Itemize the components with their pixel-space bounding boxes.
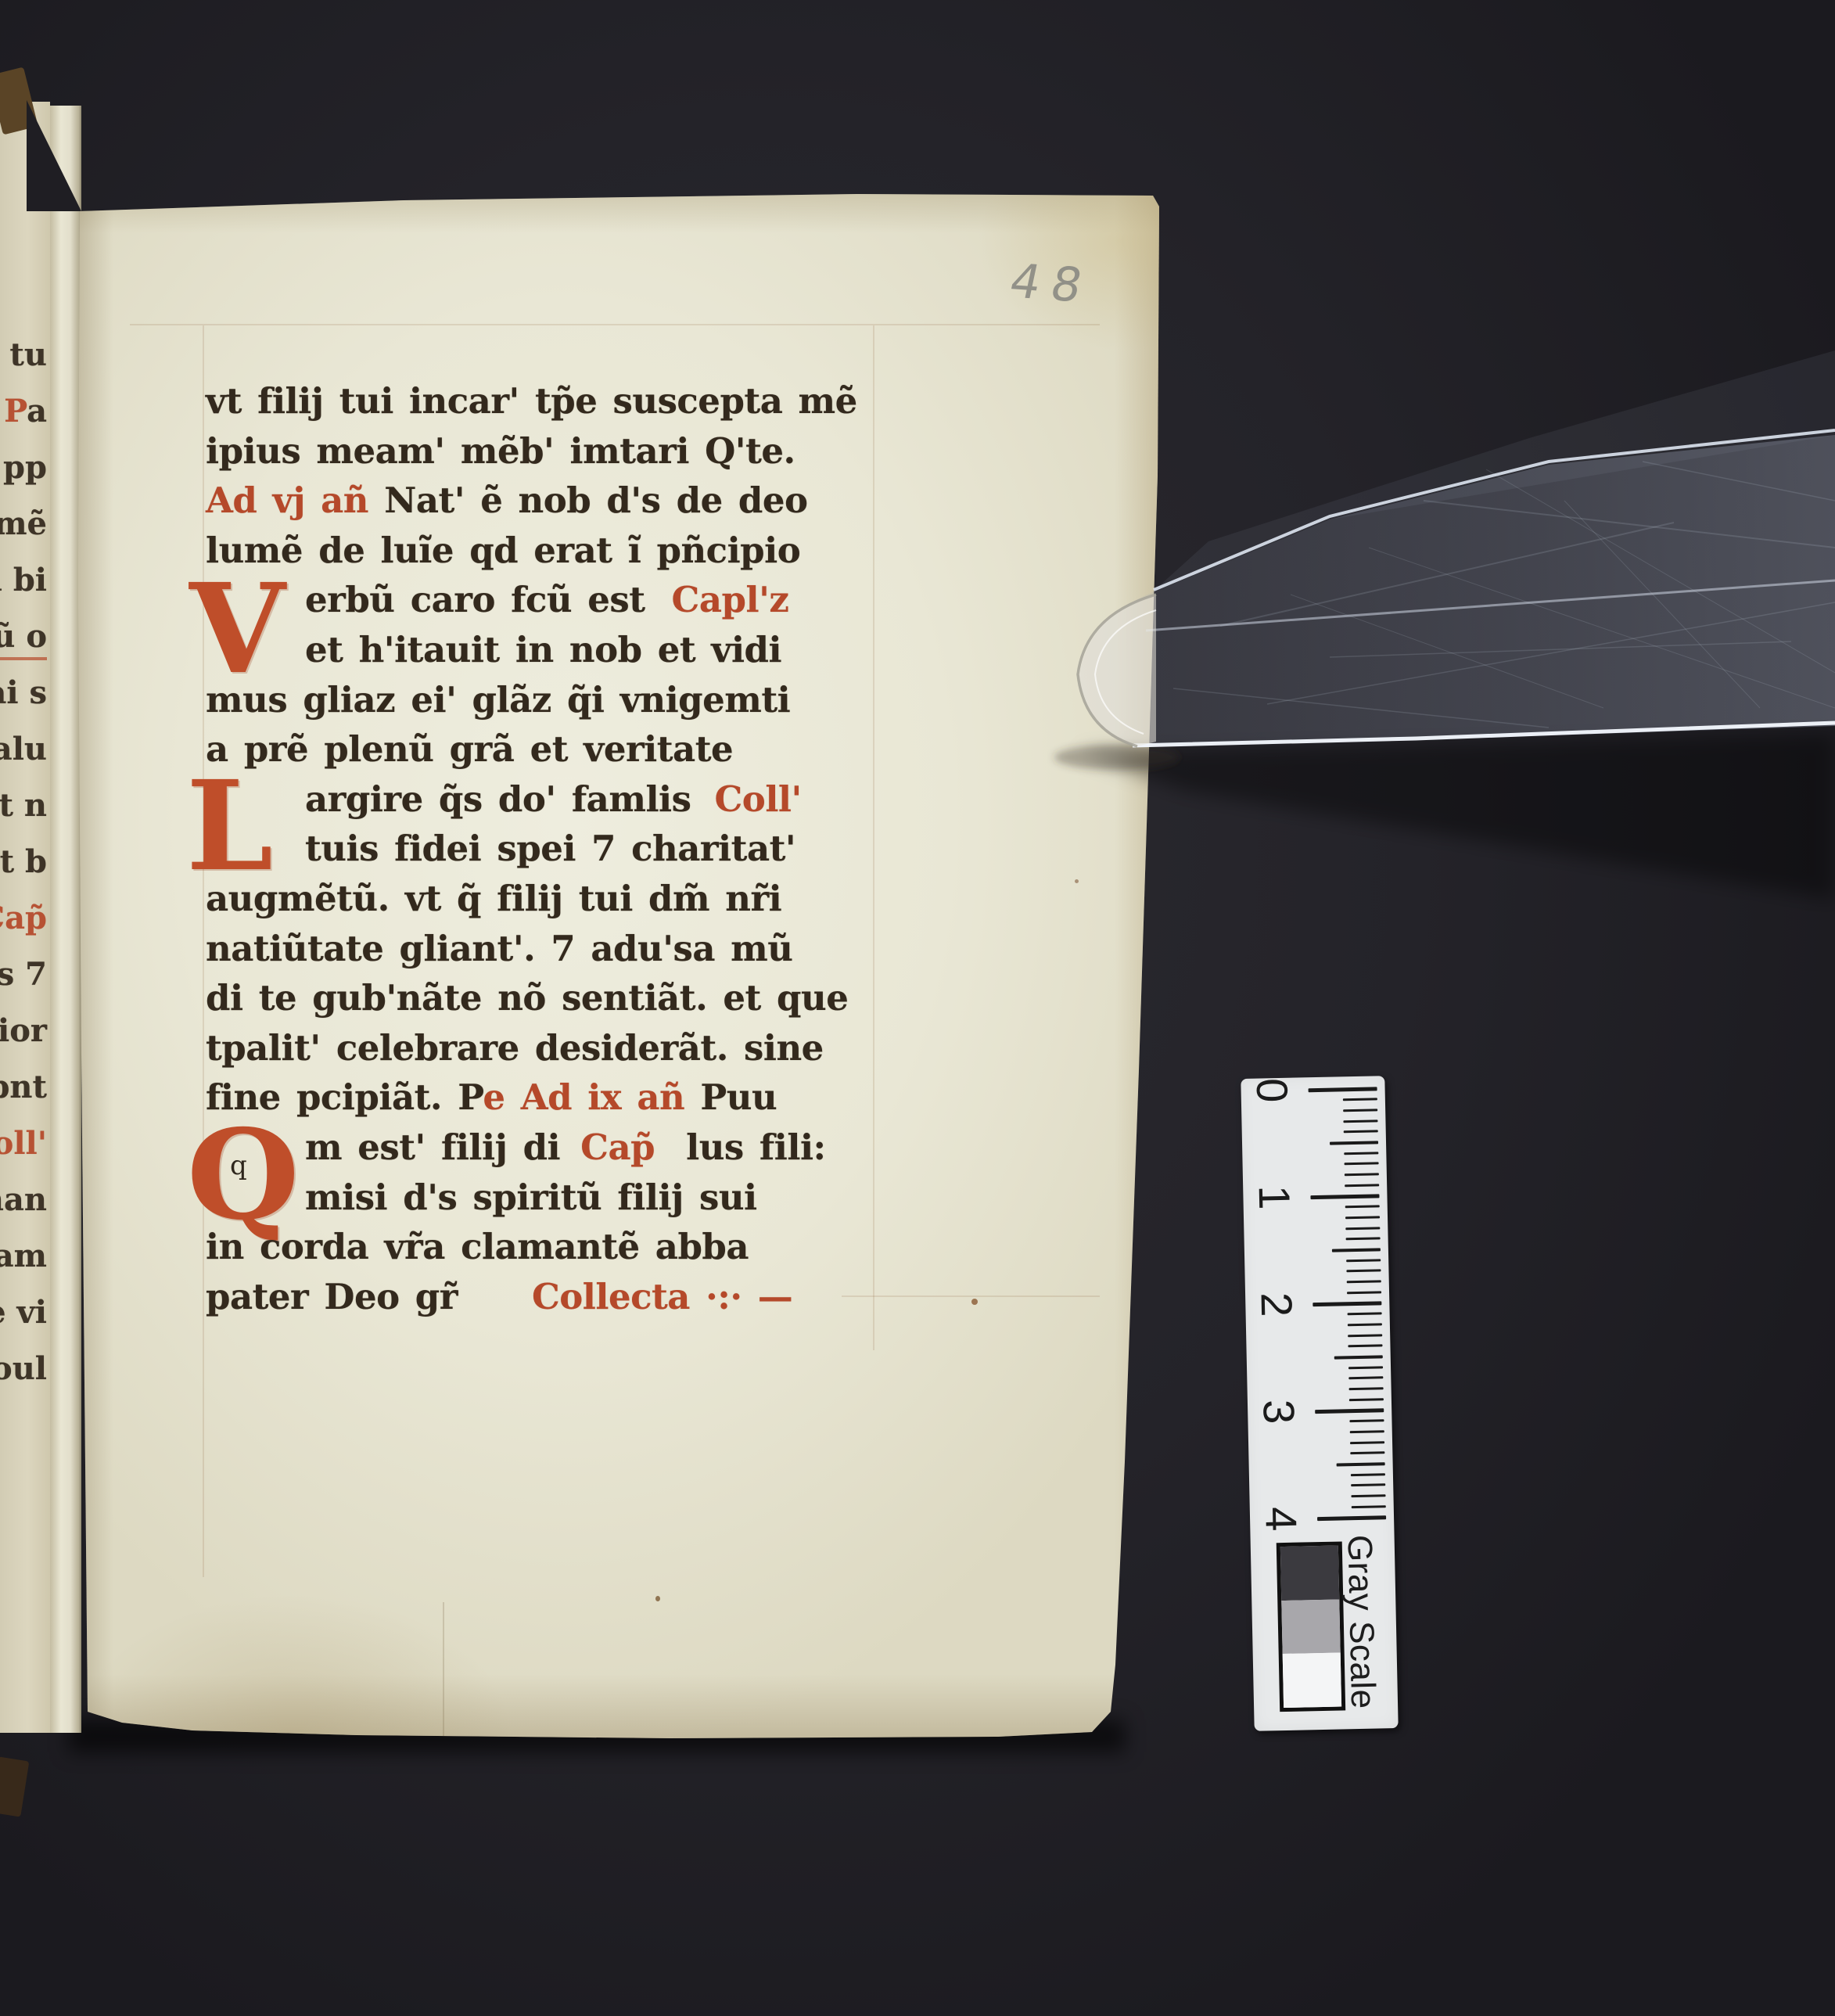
facing-page-text-fragment: t i cũt b bbox=[0, 843, 47, 881]
facing-page-text-fragment: P' filior bbox=[0, 1012, 47, 1050]
manuscript-page: 48 V L Q q vt filij tui incar' tp̃e susc… bbox=[75, 194, 1164, 1752]
facing-page-edge: ã filij tudare. Pago vix ppideo mẽlecta … bbox=[0, 102, 50, 1733]
ruler-tick bbox=[1348, 1377, 1383, 1380]
book-fore-edge bbox=[50, 106, 81, 1733]
facing-page-text-fragment: pẽ proul bbox=[0, 1350, 47, 1388]
ruler-tick bbox=[1309, 1087, 1377, 1092]
manuscript-line: tuis fidei spei 7 charitat' bbox=[305, 827, 795, 871]
text-segment: ro 7 ai s bbox=[0, 674, 47, 711]
parchment-speck bbox=[655, 1596, 660, 1601]
text-segment: Puu bbox=[700, 1076, 777, 1118]
text-segment: human bbox=[0, 1181, 47, 1218]
facing-page-text-fragment: t nobis 7 bbox=[0, 956, 47, 994]
ruler-tick bbox=[1350, 1452, 1384, 1455]
ruler-tick bbox=[1346, 1270, 1381, 1273]
ruler-tick bbox=[1351, 1494, 1385, 1497]
text-segment: e Ad ix añ bbox=[483, 1076, 700, 1118]
ruler-number: 4 bbox=[1255, 1495, 1306, 1543]
text-segment: lecta bi bbox=[0, 562, 47, 598]
ruling-line-horizontal bbox=[130, 324, 1100, 325]
text-segment: lar' est n bbox=[0, 787, 47, 824]
text-segment: lumẽ de luĩe qd erat ĩ pñcipio bbox=[206, 530, 800, 571]
ruler-number: 1 bbox=[1249, 1173, 1300, 1221]
ruler-tick bbox=[1337, 1462, 1385, 1466]
ruler-tick bbox=[1330, 1141, 1378, 1145]
ruler-tick bbox=[1315, 1408, 1384, 1414]
text-segment: Ad vj añ bbox=[206, 480, 384, 521]
ruler-tick bbox=[1346, 1259, 1381, 1262]
text-segment: petue vi bbox=[0, 1294, 47, 1331]
ruler-tick bbox=[1348, 1323, 1382, 1326]
facing-page-text-fragment: nob Cap̃ bbox=[0, 900, 47, 937]
parchment-speck bbox=[1075, 879, 1079, 883]
ruler-tick bbox=[1345, 1173, 1379, 1176]
manuscript-line: ipius meam' mẽb' imtari Q'te. bbox=[206, 429, 795, 473]
gray-swatch-white bbox=[1283, 1653, 1341, 1708]
manuscript-line: misi d's spiritũ filij sui bbox=[305, 1176, 757, 1220]
ruling-line-vertical bbox=[873, 325, 874, 1350]
ruler-tick bbox=[1334, 1355, 1383, 1359]
text-segment: Collecta ·:· — bbox=[532, 1276, 792, 1317]
ruler-number: 0 bbox=[1247, 1067, 1298, 1115]
ruler-tick bbox=[1348, 1345, 1382, 1348]
manuscript-line: m est' filij diCap̃lus fili: bbox=[305, 1126, 826, 1170]
text-segment: mus gliaz ei' glãz q̃i vnigemti bbox=[206, 679, 790, 721]
photo-stage: ã filij tudare. Pago vix ppideo mẽlecta … bbox=[0, 0, 1835, 2016]
text-segment: t nobis 7 bbox=[0, 956, 47, 993]
text-segment: natiũtate gliant'. 7 adu'sa mũ bbox=[206, 928, 793, 969]
facing-page-text-fragment: i nob salu bbox=[0, 731, 47, 768]
facing-page-text-fragment: ã filij tu bbox=[0, 336, 47, 374]
facing-page-text-fragment: ideo mẽ bbox=[0, 505, 47, 543]
guide-letter: q bbox=[230, 1150, 247, 1181]
text-segment: erbũ caro fcũ est bbox=[305, 579, 645, 620]
ruler-tick bbox=[1348, 1334, 1382, 1337]
ruler-tick bbox=[1332, 1248, 1381, 1252]
text-segment: a prẽ plenũ grã et veritate bbox=[206, 728, 733, 770]
facing-page-text-fragment: petue vi bbox=[0, 1294, 47, 1331]
text-segment: m est' filij di bbox=[305, 1127, 560, 1168]
ruler-tick bbox=[1343, 1109, 1377, 1112]
text-segment: a bbox=[27, 393, 47, 429]
ruler-number: 2 bbox=[1251, 1281, 1302, 1328]
ruler-tick bbox=[1344, 1130, 1378, 1134]
gray-scale-label: Gray Scale bbox=[1332, 1537, 1390, 1705]
manuscript-line: tpalit' celebrare desiderãt. sine bbox=[206, 1026, 824, 1070]
text-segment: Nat' ẽ nob d's de deo bbox=[384, 480, 807, 521]
text-segment: Cap̃ bbox=[0, 900, 47, 936]
ruler-tick bbox=[1345, 1206, 1380, 1209]
folio-number: 48 bbox=[1005, 254, 1098, 314]
ruler-tick bbox=[1348, 1366, 1383, 1369]
ruler-tick bbox=[1349, 1398, 1384, 1401]
ruler-tick bbox=[1346, 1238, 1381, 1241]
text-segment: sci pnt bbox=[0, 1069, 47, 1105]
text-segment: Coll' bbox=[714, 778, 801, 820]
ruler-tick bbox=[1345, 1163, 1379, 1166]
text-segment: di te gub'nãte nõ sentiãt. et que bbox=[206, 977, 848, 1019]
text-segment: ideo mẽ bbox=[0, 505, 47, 542]
manuscript-line: augmẽtũ. vt q̃ filij tui dm̃ nr̃i bbox=[206, 877, 781, 921]
text-segment: ã filij tu bbox=[0, 336, 47, 373]
illuminated-initial-V: V bbox=[189, 568, 285, 692]
ruler-card: 01234 Gray Scale bbox=[1241, 1076, 1398, 1731]
manuscript-line: in corda vr̃a clamantẽ abba bbox=[206, 1225, 749, 1269]
ruling-line-horizontal bbox=[842, 1295, 1100, 1297]
ruler-tick bbox=[1350, 1430, 1384, 1433]
text-segment: fine pcipiãt. P bbox=[206, 1076, 483, 1118]
manuscript-line: vt filij tui incar' tp̃e suscepta mẽ bbox=[206, 379, 857, 423]
ruler-tick bbox=[1317, 1515, 1386, 1521]
text-segment: t i cũt b bbox=[0, 843, 47, 880]
text-segment: Cap̃ bbox=[580, 1127, 655, 1168]
ruler-tick bbox=[1343, 1098, 1377, 1101]
facing-page-text-fragment: go vix pp bbox=[0, 449, 47, 487]
illuminated-initial-L: L bbox=[186, 765, 273, 889]
gray-swatch-dark bbox=[1280, 1546, 1339, 1601]
ruler-tick bbox=[1347, 1280, 1381, 1283]
text-segment: Coll' bbox=[0, 1125, 47, 1162]
text-segment: pẽ proul bbox=[0, 1350, 47, 1387]
text-segment: in corda vr̃a clamantẽ abba bbox=[206, 1226, 749, 1267]
manuscript-line: Ad vj añ Nat' ẽ nob d's de deo bbox=[206, 479, 807, 523]
ruler-tick bbox=[1351, 1484, 1385, 1487]
manuscript-line: a prẽ plenũ grã et veritate bbox=[206, 728, 733, 771]
parchment-crease bbox=[443, 1602, 444, 1743]
facing-page-text-fragment: ure quam bbox=[0, 1238, 47, 1275]
text-segment: ipius meam' mẽb' imtari Q'te. bbox=[206, 430, 795, 472]
ruler-tick bbox=[1343, 1119, 1377, 1123]
manuscript-line: argire q̃s do' famlisColl' bbox=[305, 778, 802, 821]
ruler-tick bbox=[1351, 1473, 1385, 1476]
text-segment: pater Deo gr̃ bbox=[206, 1276, 458, 1317]
facing-page-text-fragment: ro 7 ai s bbox=[0, 674, 47, 712]
facing-page-text-fragment: human bbox=[0, 1181, 47, 1219]
ruler-number: 3 bbox=[1254, 1388, 1305, 1436]
ruler-tick bbox=[1348, 1312, 1382, 1315]
text-segment: go vix pp bbox=[0, 449, 47, 486]
text-segment: Capl'z bbox=[672, 579, 789, 620]
manuscript-line: natiũtate gliant'. 7 adu'sa mũ bbox=[206, 927, 793, 971]
text-segment: et h'itauit in nob et vidi bbox=[305, 629, 781, 670]
facing-page-text-fragment: scã Coll' bbox=[0, 1125, 47, 1163]
ruler-tick bbox=[1310, 1194, 1379, 1199]
text-segment: lus fili: bbox=[686, 1127, 826, 1168]
gray-swatch-mid bbox=[1281, 1599, 1340, 1654]
ruler-tick bbox=[1344, 1152, 1378, 1155]
manuscript-line: di te gub'nãte nõ sentiãt. et que bbox=[206, 976, 848, 1020]
facing-page-text-fragment: lecta bi bbox=[0, 562, 47, 599]
facing-page-text-fragment: sci pnt bbox=[0, 1069, 47, 1106]
ruler-tick bbox=[1345, 1216, 1380, 1219]
facing-page-text-fragment: ste cũ o bbox=[0, 618, 47, 660]
ruler-tick bbox=[1349, 1419, 1384, 1422]
manuscript-line: pater Deo gr̃Collecta ·:· — bbox=[206, 1275, 792, 1319]
text-segment: P bbox=[4, 393, 27, 429]
text-segment: ure quam bbox=[0, 1238, 47, 1274]
text-segment: misi d's spiritũ filij sui bbox=[305, 1177, 757, 1218]
ruler-tick bbox=[1347, 1291, 1381, 1294]
ruler-tick bbox=[1349, 1387, 1384, 1390]
facing-page-text-fragment: dare. Pa bbox=[0, 393, 47, 430]
text-segment: vt filij tui incar' tp̃e suscepta mẽ bbox=[206, 380, 857, 422]
ruler-tick bbox=[1345, 1184, 1379, 1187]
text-segment: argire q̃s do' famlis bbox=[305, 778, 691, 820]
ruler-tick bbox=[1352, 1505, 1386, 1508]
manuscript-line: mus gliaz ei' glãz q̃i vnigemti bbox=[206, 678, 790, 722]
manuscript-line: erbũ caro fcũ estCapl'z bbox=[305, 578, 788, 622]
ruling-line-vertical bbox=[203, 325, 204, 1577]
ruler-tick bbox=[1313, 1301, 1381, 1306]
facing-page-text-fragment: lar' est n bbox=[0, 787, 47, 825]
text-segment: tuis fidei spei 7 charitat' bbox=[305, 828, 795, 869]
parchment-speck bbox=[971, 1299, 978, 1305]
manuscript-line: et h'itauit in nob et vidi bbox=[305, 628, 781, 672]
text-segment: ste cũ o bbox=[0, 618, 47, 655]
text-segment: tpalit' celebrare desiderãt. sine bbox=[206, 1027, 824, 1069]
text-segment: P' filior bbox=[0, 1012, 47, 1049]
manuscript-line: lumẽ de luĩe qd erat ĩ pñcipio bbox=[206, 529, 800, 573]
text-segment: augmẽtũ. vt q̃ filij tui dm̃ nr̃i bbox=[206, 878, 781, 919]
ruler-tick bbox=[1345, 1227, 1380, 1230]
text-segment: i nob salu bbox=[0, 731, 47, 767]
ruler-tick bbox=[1350, 1441, 1384, 1444]
manuscript-line: fine pcipiãt. Pe Ad ix añ Puu bbox=[206, 1076, 777, 1119]
